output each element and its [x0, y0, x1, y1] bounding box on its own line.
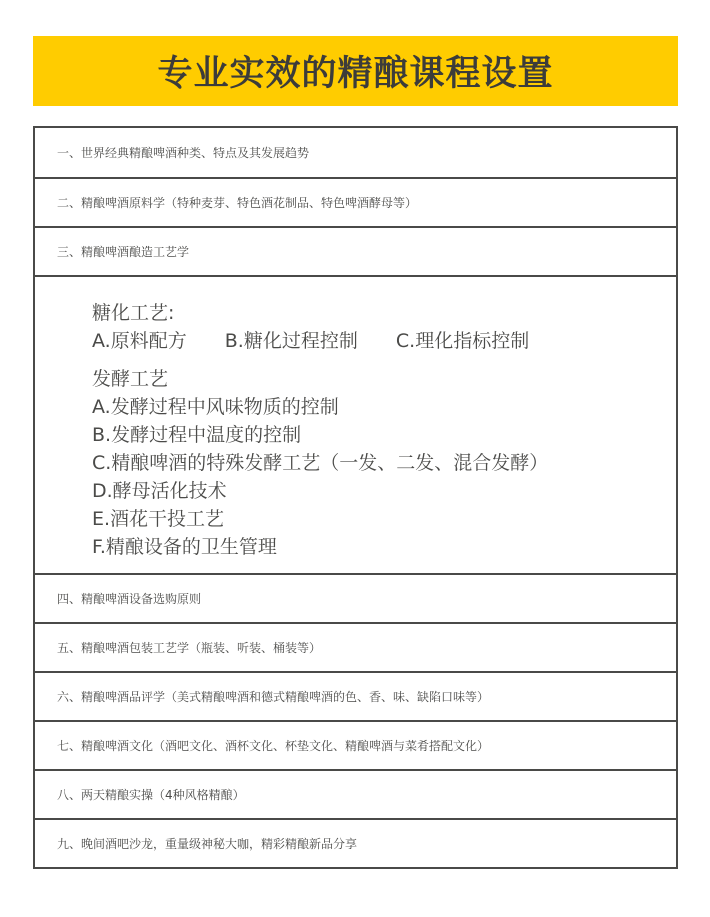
mash-item-c: C.理化指标控制: [396, 330, 529, 352]
brewing-process-detail: 糖化工艺: A.原料配方 B.糖化过程控制 C.理化指标控制 发酵工艺 A.发酵…: [35, 275, 676, 573]
curriculum-row-8: 八、两天精酿实操（4种风格精酿）: [35, 769, 676, 818]
curriculum-row-7: 七、精酿啤酒文化（酒吧文化、酒杯文化、杯垫文化、精酿啤酒与菜肴搭配文化）: [35, 720, 676, 769]
curriculum-row-2: 二、精酿啤酒原料学（特种麦芽、特色酒花制品、特色啤酒酵母等）: [35, 177, 676, 226]
row-text: 七、精酿啤酒文化（酒吧文化、酒杯文化、杯垫文化、精酿啤酒与菜肴搭配文化）: [57, 737, 489, 754]
fermentation-heading: 发酵工艺: [92, 365, 666, 393]
course-poster: 专业实效的精酿课程设置 一、世界经典精酿啤酒种类、特点及其发展趋势 二、精酿啤酒…: [0, 0, 710, 917]
row-text: 六、精酿啤酒品评学（美式精酿啤酒和德式精酿啤酒的色、香、味、缺陷口味等）: [57, 688, 489, 705]
mash-item-a: A.原料配方: [92, 330, 187, 352]
curriculum-row-5: 五、精酿啤酒包装工艺学（瓶装、听装、桶装等）: [35, 622, 676, 671]
fermentation-item-f: F.精酿设备的卫生管理: [92, 533, 666, 561]
curriculum-row-4: 四、精酿啤酒设备选购原则: [35, 573, 676, 622]
curriculum-row-9: 九、晚间酒吧沙龙，重量级神秘大咖，精彩精酿新品分享: [35, 818, 676, 867]
row-text: 四、精酿啤酒设备选购原则: [57, 590, 201, 607]
fermentation-process-group: 发酵工艺 A.发酵过程中风味物质的控制 B.发酵过程中温度的控制 C.精酿啤酒的…: [92, 365, 666, 561]
row-text: 九、晚间酒吧沙龙，重量级神秘大咖，精彩精酿新品分享: [57, 835, 357, 852]
curriculum-row-1: 一、世界经典精酿啤酒种类、特点及其发展趋势: [35, 128, 676, 177]
fermentation-item-e: E.酒花干投工艺: [92, 505, 666, 533]
page-title: 专业实效的精酿课程设置: [157, 46, 553, 96]
mash-process-group: 糖化工艺: A.原料配方 B.糖化过程控制 C.理化指标控制: [92, 299, 666, 355]
row-text: 三、精酿啤酒酿造工艺学: [57, 243, 189, 260]
mash-item-b: B.糖化过程控制: [225, 330, 358, 352]
fermentation-item-c: C.精酿啤酒的特殊发酵工艺（一发、二发、混合发酵）: [92, 449, 666, 477]
row-text: 一、世界经典精酿啤酒种类、特点及其发展趋势: [57, 144, 309, 161]
row-text: 二、精酿啤酒原料学（特种麦芽、特色酒花制品、特色啤酒酵母等）: [57, 194, 417, 211]
fermentation-item-d: D.酵母活化技术: [92, 477, 666, 505]
curriculum-row-6: 六、精酿啤酒品评学（美式精酿啤酒和德式精酿啤酒的色、香、味、缺陷口味等）: [35, 671, 676, 720]
row-text: 五、精酿啤酒包装工艺学（瓶装、听装、桶装等）: [57, 639, 321, 656]
mash-process-heading: 糖化工艺:: [92, 299, 666, 327]
curriculum-row-3: 三、精酿啤酒酿造工艺学: [35, 226, 676, 275]
fermentation-item-a: A.发酵过程中风味物质的控制: [92, 393, 666, 421]
curriculum-box: 一、世界经典精酿啤酒种类、特点及其发展趋势 二、精酿啤酒原料学（特种麦芽、特色酒…: [33, 126, 678, 869]
row-text: 八、两天精酿实操（4种风格精酿）: [57, 786, 245, 803]
fermentation-item-b: B.发酵过程中温度的控制: [92, 421, 666, 449]
title-banner: 专业实效的精酿课程设置: [33, 36, 678, 106]
mash-process-items: A.原料配方 B.糖化过程控制 C.理化指标控制: [92, 327, 666, 355]
